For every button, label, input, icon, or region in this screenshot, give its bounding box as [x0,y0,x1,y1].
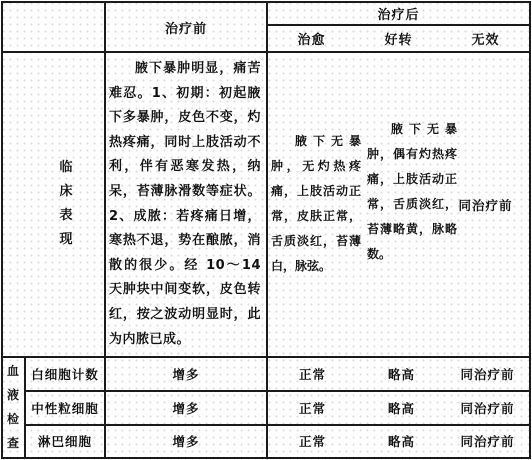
blood-row-neutrophils-improved: 略高 [357,392,446,424]
blood-row-neutrophils-before: 增多 [106,392,266,424]
row-label-clinical-manifestation: 临床表现 [57,156,75,252]
blood-row-wbc-cured: 正常 [268,358,357,390]
hline-header-bottom [3,51,529,53]
treatment-table: 治疗前 治疗后 治愈 好转 无效 临床表现 腋下暴肿明显，痛苦难忍。1、初期：初… [0,0,532,460]
blood-row-label-lymphocytes: 淋巴细胞 [26,426,104,456]
blood-row-neutrophils-cured: 正常 [268,392,357,424]
clinical-no-effect-text: 同治疗前 [442,194,529,215]
blood-row-lymphocytes-improved: 略高 [357,426,446,456]
header-improved: 好转 [355,26,442,51]
blood-row-neutrophils-no-effect: 同治疗前 [446,392,529,424]
header-cured: 治愈 [268,26,355,51]
blood-row-wbc-before: 增多 [106,358,266,390]
blood-row-label-wbc: 白细胞计数 [26,358,104,390]
header-after-treatment: 治疗后 [268,3,529,24]
header-before-treatment: 治疗前 [106,3,266,51]
blood-row-lymphocytes-cured: 正常 [268,426,357,456]
blood-row-label-neutrophils: 中性粒细胞 [26,392,104,424]
header-no-effect: 无效 [442,26,529,51]
blood-row-lymphocytes-before: 增多 [106,426,266,456]
blood-row-wbc-no-effect: 同治疗前 [446,358,529,390]
blood-row-lymphocytes-no-effect: 同治疗前 [446,426,529,456]
clinical-improved-text: 腋下无暴肿，偶有灼热疼痛，上肢活动正常，舌质淡红，苔薄略黄，脉略数。 [367,117,457,267]
clinical-before-text: 腋下暴肿明显，痛苦难忍。1、初期：初起腋下多暴肿，皮色不变，灼热疼痛，同时上肢活… [109,57,261,352]
blood-row-wbc-improved: 略高 [357,358,446,390]
clinical-cured-text: 腋下无暴肿，无灼热疼痛，上肢活动正常，皮肤正常，舌质淡红，苔薄白，脉弦。 [271,129,361,279]
section-label-blood-test: 血液检查 [4,359,22,455]
